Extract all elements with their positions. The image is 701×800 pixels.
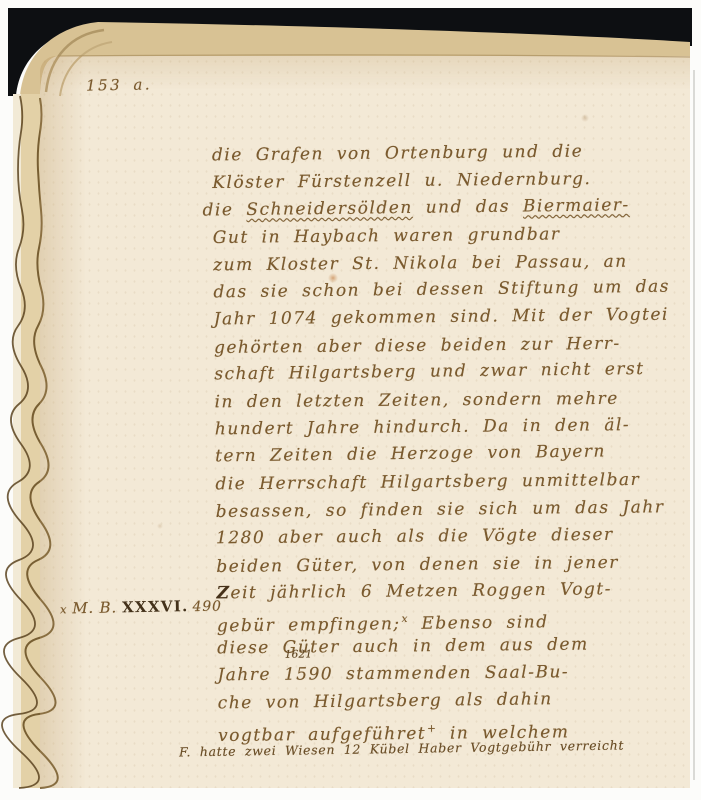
- line20-year: 1590: [284, 665, 333, 685]
- deckle-strip-inner: [21, 94, 40, 788]
- line20-pre: Jahre: [217, 665, 284, 686]
- manuscript-line: che von Hilgartsberg als dahin: [218, 684, 678, 717]
- margin-volume-roman: XXXVI.: [122, 597, 189, 616]
- margin-source-abbrev: M. B.: [72, 598, 117, 617]
- manuscript-line: Gut in Haybach waren grundbar: [213, 220, 673, 252]
- line20-post: stammenden Saal-Bu-: [333, 663, 569, 685]
- manuscript-line: die Herrschaft Hilgartsberg unmittelbar: [215, 466, 675, 498]
- line3-pre: die: [202, 200, 246, 221]
- manuscript-line: in den letzten Zeiten, sondern mehre: [214, 385, 674, 416]
- line18-post: Ebenso sind: [408, 612, 548, 634]
- margin-insert-mark: x: [60, 602, 68, 616]
- line18-insert-mark: x: [401, 613, 407, 625]
- manuscript-line: 1280 aber auch als die Vögte dieser: [216, 522, 676, 553]
- manuscript-line: gebür empfingen;x Ebenso sind: [217, 602, 677, 635]
- folio-number: 153 a.: [86, 75, 152, 94]
- line3-underlined-word-1: Schneidersölden: [246, 198, 413, 220]
- line18-pre: gebür empfingen;: [217, 614, 401, 636]
- line20-year-group: 15901621: [284, 662, 334, 690]
- line20-interlinear-correction: 1621: [285, 650, 313, 660]
- manuscript-line: die Grafen von Ortenburg und die: [212, 138, 672, 170]
- line22-footnote-mark: +: [427, 723, 436, 735]
- line3-underlined-word-2: Biermaier-: [523, 195, 630, 216]
- manuscript-scan: 153 a. xM. B.XXXVI.490 die Grafen von Or…: [0, 0, 701, 800]
- line3-mid: und das: [413, 196, 523, 217]
- manuscript-line: beiden Güter, von denen sie in jener: [216, 549, 676, 581]
- manuscript-line: das sie schon bei dessen Stiftung um das: [213, 274, 673, 307]
- manuscript-line: schaft Hilgartsberg und zwar nicht erst: [214, 356, 674, 389]
- manuscript-line: Jahr 1074 gekommen sind. Mit der Vogtei: [214, 302, 674, 334]
- manuscript-line: die Schneidersölden und das Biermaier-: [202, 191, 672, 224]
- margin-reference-note: xM. B.XXXVI.490: [60, 597, 222, 618]
- manuscript-text-block: die Grafen von Ortenburg und die Klöster…: [212, 138, 678, 745]
